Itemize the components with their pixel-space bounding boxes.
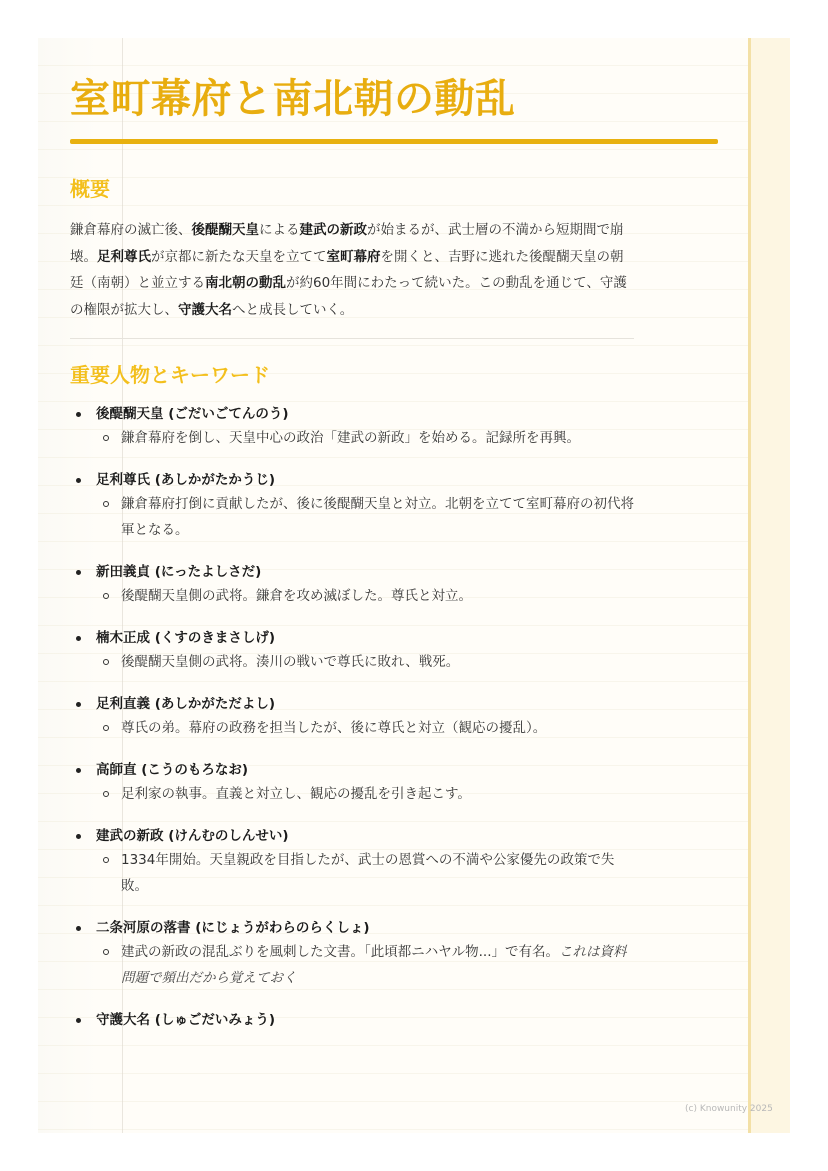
keyword-desc: 後醍醐天皇側の武将。鎌倉を攻め滅ぼした。尊氏と対立。 [96, 583, 636, 609]
keyword-desc-text: 1334年開始。天皇親政を目指したが、武士の恩賞への不満や公家優先の政策で失敗。 [121, 852, 614, 894]
keyword-term: 二条河原の落書 (にじょうがわらのらくしょ) [96, 917, 636, 939]
keyword-item: 高師直 (こうのもろなお) 足利家の執事。直義と対立し、観応の擾乱を引き起こす。 [70, 759, 636, 807]
circle-bullet-icon [103, 659, 109, 665]
keyword-desc-text: 鎌倉幕府打倒に貢献したが、後に後醍醐天皇と対立。北朝を立てて室町幕府の初代将軍と… [121, 496, 634, 538]
keyword-desc-text: 後醍醐天皇側の武将。鎌倉を攻め滅ぼした。尊氏と対立。 [121, 588, 472, 604]
keyword-item: 新田義貞 (にったよしさだ) 後醍醐天皇側の武将。鎌倉を攻め滅ぼした。尊氏と対立… [70, 561, 636, 609]
keyword-desc-text: 建武の新政の混乱ぶりを風刺した文書。「此頃都ニハヤル物...」で有名。 [121, 944, 559, 960]
keyword-desc: 尊氏の弟。幕府の政務を担当したが、後に尊氏と対立（観応の擾乱）。 [96, 715, 636, 741]
circle-bullet-icon [103, 949, 109, 955]
keyword-desc: 鎌倉幕府を倒し、天皇中心の政治「建武の新政」を始める。記録所を再興。 [96, 425, 636, 451]
bullet-icon [76, 926, 81, 931]
page-content: 室町幕府と南北朝の動乱 概要 鎌倉幕府の滅亡後、後醍醐天皇による建武の新政が始ま… [70, 70, 718, 1049]
summary-text: による [259, 222, 300, 238]
circle-bullet-icon [103, 435, 109, 441]
keyword-desc-text: 足利家の執事。直義と対立し、観応の擾乱を引き起こす。 [121, 786, 471, 802]
notebook-page: 室町幕府と南北朝の動乱 概要 鎌倉幕府の滅亡後、後醍醐天皇による建武の新政が始ま… [38, 38, 790, 1133]
keyword-desc: 建武の新政の混乱ぶりを風刺した文書。「此頃都ニハヤル物...」で有名。これは資料… [96, 939, 636, 991]
bullet-icon [76, 702, 81, 707]
bullet-icon [76, 478, 81, 483]
keyword-desc-list: 足利家の執事。直義と対立し、観応の擾乱を引き起こす。 [96, 781, 636, 807]
keyword-desc-text: 尊氏の弟。幕府の政務を担当したが、後に尊氏と対立（観応の擾乱）。 [121, 720, 546, 736]
keyword-desc: 後醍醐天皇側の武将。湊川の戦いで尊氏に敗れ、戦死。 [96, 649, 636, 675]
bullet-icon [76, 636, 81, 641]
keyword-term: 楠木正成 (くすのきまさしげ) [96, 627, 636, 649]
keyword-desc-text: 鎌倉幕府を倒し、天皇中心の政治「建武の新政」を始める。記録所を再興。 [121, 430, 580, 446]
keyword-desc-list: 建武の新政の混乱ぶりを風刺した文書。「此頃都ニハヤル物...」で有名。これは資料… [96, 939, 636, 991]
keyword-desc-list: 尊氏の弟。幕府の政務を担当したが、後に尊氏と対立（観応の擾乱）。 [96, 715, 636, 741]
summary-paragraph: 鎌倉幕府の滅亡後、後醍醐天皇による建武の新政が始まるが、武士層の不満から短期間で… [70, 217, 636, 323]
bullet-icon [76, 1018, 81, 1023]
circle-bullet-icon [103, 791, 109, 797]
bullet-icon [76, 412, 81, 417]
keyword-item: 楠木正成 (くすのきまさしげ) 後醍醐天皇側の武将。湊川の戦いで尊氏に敗れ、戦死… [70, 627, 636, 675]
keyword-desc-list: 鎌倉幕府打倒に貢献したが、後に後醍醐天皇と対立。北朝を立てて室町幕府の初代将軍と… [96, 491, 636, 543]
keywords-heading: 重要人物とキーワード [70, 361, 718, 389]
keyword-item: 足利直義 (あしかがただよし) 尊氏の弟。幕府の政務を担当したが、後に尊氏と対立… [70, 693, 636, 741]
title-underline [70, 139, 718, 144]
summary-heading: 概要 [70, 175, 718, 203]
circle-bullet-icon [103, 501, 109, 507]
keyword-takauji: 足利尊氏 [97, 249, 151, 265]
keyword-shugo-daimyo: 守護大名 [178, 302, 232, 318]
page-title: 室町幕府と南北朝の動乱 [70, 70, 718, 128]
keyword-desc-list: 後醍醐天皇側の武将。湊川の戦いで尊氏に敗れ、戦死。 [96, 649, 636, 675]
keyword-item: 守護大名 (しゅごだいみょう) [70, 1009, 636, 1031]
right-margin-line [748, 38, 751, 1133]
keyword-kenmu: 建武の新政 [300, 222, 368, 238]
keyword-desc: 足利家の執事。直義と対立し、観応の擾乱を引き起こす。 [96, 781, 636, 807]
circle-bullet-icon [103, 593, 109, 599]
keyword-item: 後醍醐天皇 (ごだいごてんのう) 鎌倉幕府を倒し、天皇中心の政治「建武の新政」を… [70, 403, 636, 451]
keyword-term: 建武の新政 (けんむのしんせい) [96, 825, 636, 847]
circle-bullet-icon [103, 725, 109, 731]
keyword-term: 足利直義 (あしかがただよし) [96, 693, 636, 715]
keyword-term: 高師直 (こうのもろなお) [96, 759, 636, 781]
keyword-desc: 鎌倉幕府打倒に貢献したが、後に後醍醐天皇と対立。北朝を立てて室町幕府の初代将軍と… [96, 491, 636, 543]
copyright-footer: (c) Knowunity 2025 [685, 1104, 773, 1114]
section-divider [70, 338, 634, 339]
keyword-desc-list: 鎌倉幕府を倒し、天皇中心の政治「建武の新政」を始める。記録所を再興。 [96, 425, 636, 451]
keyword-term: 足利尊氏 (あしかがたかうじ) [96, 469, 636, 491]
circle-bullet-icon [103, 857, 109, 863]
summary-text: 鎌倉幕府の滅亡後、 [70, 222, 192, 238]
keyword-desc: 1334年開始。天皇親政を目指したが、武士の恩賞への不満や公家優先の政策で失敗。 [96, 847, 636, 899]
keyword-muromachi: 室町幕府 [327, 249, 381, 265]
keyword-term: 守護大名 (しゅごだいみょう) [96, 1009, 636, 1031]
bullet-icon [76, 768, 81, 773]
right-margin-strip [748, 38, 790, 1133]
keyword-desc-list: 後醍醐天皇側の武将。鎌倉を攻め滅ぼした。尊氏と対立。 [96, 583, 636, 609]
keyword-term: 後醍醐天皇 (ごだいごてんのう) [96, 403, 636, 425]
keyword-godaigo: 後醍醐天皇 [192, 222, 260, 238]
summary-text: が京都に新たな天皇を立てて [151, 249, 327, 265]
bullet-icon [76, 570, 81, 575]
keyword-term: 新田義貞 (にったよしさだ) [96, 561, 636, 583]
keyword-nanbokucho: 南北朝の動乱 [205, 275, 286, 291]
bullet-icon [76, 834, 81, 839]
keyword-desc-list: 1334年開始。天皇親政を目指したが、武士の恩賞への不満や公家優先の政策で失敗。 [96, 847, 636, 899]
keyword-item: 建武の新政 (けんむのしんせい) 1334年開始。天皇親政を目指したが、武士の恩… [70, 825, 636, 899]
summary-text: へと成長していく。 [232, 302, 353, 318]
keyword-desc-text: 後醍醐天皇側の武将。湊川の戦いで尊氏に敗れ、戦死。 [121, 654, 459, 670]
keyword-list: 後醍醐天皇 (ごだいごてんのう) 鎌倉幕府を倒し、天皇中心の政治「建武の新政」を… [70, 403, 636, 1031]
keyword-item: 足利尊氏 (あしかがたかうじ) 鎌倉幕府打倒に貢献したが、後に後醍醐天皇と対立。… [70, 469, 636, 543]
keyword-item: 二条河原の落書 (にじょうがわらのらくしょ) 建武の新政の混乱ぶりを風刺した文書… [70, 917, 636, 991]
